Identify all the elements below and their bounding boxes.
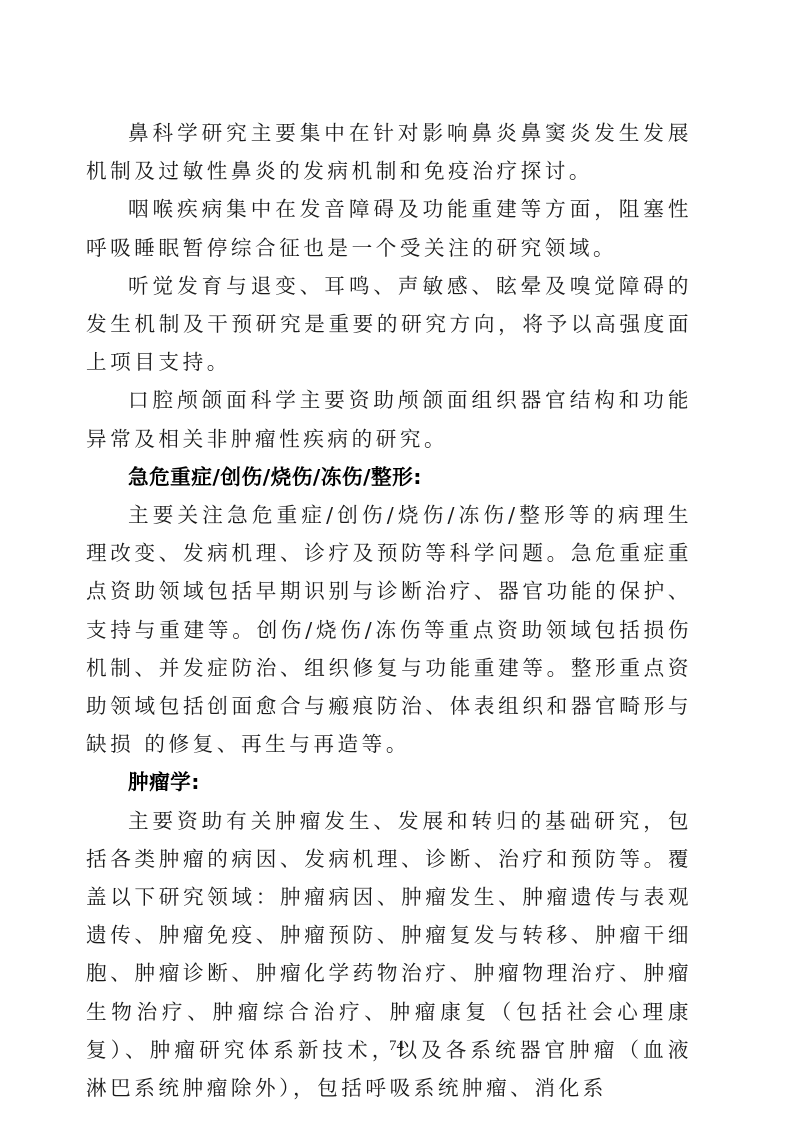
paragraph-otology: 听觉发育与退变、耳鸣、声敏感、眩晕及嗅觉障碍的发生机制及干预研究是重要的研究方向… bbox=[86, 267, 692, 382]
section-heading-oncology: 肿瘤学: bbox=[86, 763, 692, 801]
paragraph-oncology: 主要资助有关肿瘤发生、发展和转归的基础研究，包括各类肿瘤的病因、发病机理、诊断、… bbox=[86, 802, 692, 1108]
page-number: 74 bbox=[0, 1038, 793, 1055]
paragraph-critical-care: 主要关注急危重症/创伤/烧伤/冻伤/整形等的病理生理改变、发病机理、诊疗及预防等… bbox=[86, 496, 692, 763]
paragraph-oral-maxillofacial: 口腔颅颌面科学主要资助颅颌面组织器官结构和功能异常及相关非肿瘤性疾病的研究。 bbox=[86, 381, 692, 457]
document-body: 鼻科学研究主要集中在针对影响鼻炎鼻窦炎发生发展机制及过敏性鼻炎的发病机制和免疫治… bbox=[86, 114, 692, 1107]
section-heading-critical-care: 急危重症/创伤/烧伤/冻伤/整形: bbox=[86, 458, 692, 496]
paragraph-laryngology: 咽喉疾病集中在发音障碍及功能重建等方面，阻塞性呼吸睡眠暂停综合征也是一个受关注的… bbox=[86, 190, 692, 266]
paragraph-rhinology: 鼻科学研究主要集中在针对影响鼻炎鼻窦炎发生发展机制及过敏性鼻炎的发病机制和免疫治… bbox=[86, 114, 692, 190]
